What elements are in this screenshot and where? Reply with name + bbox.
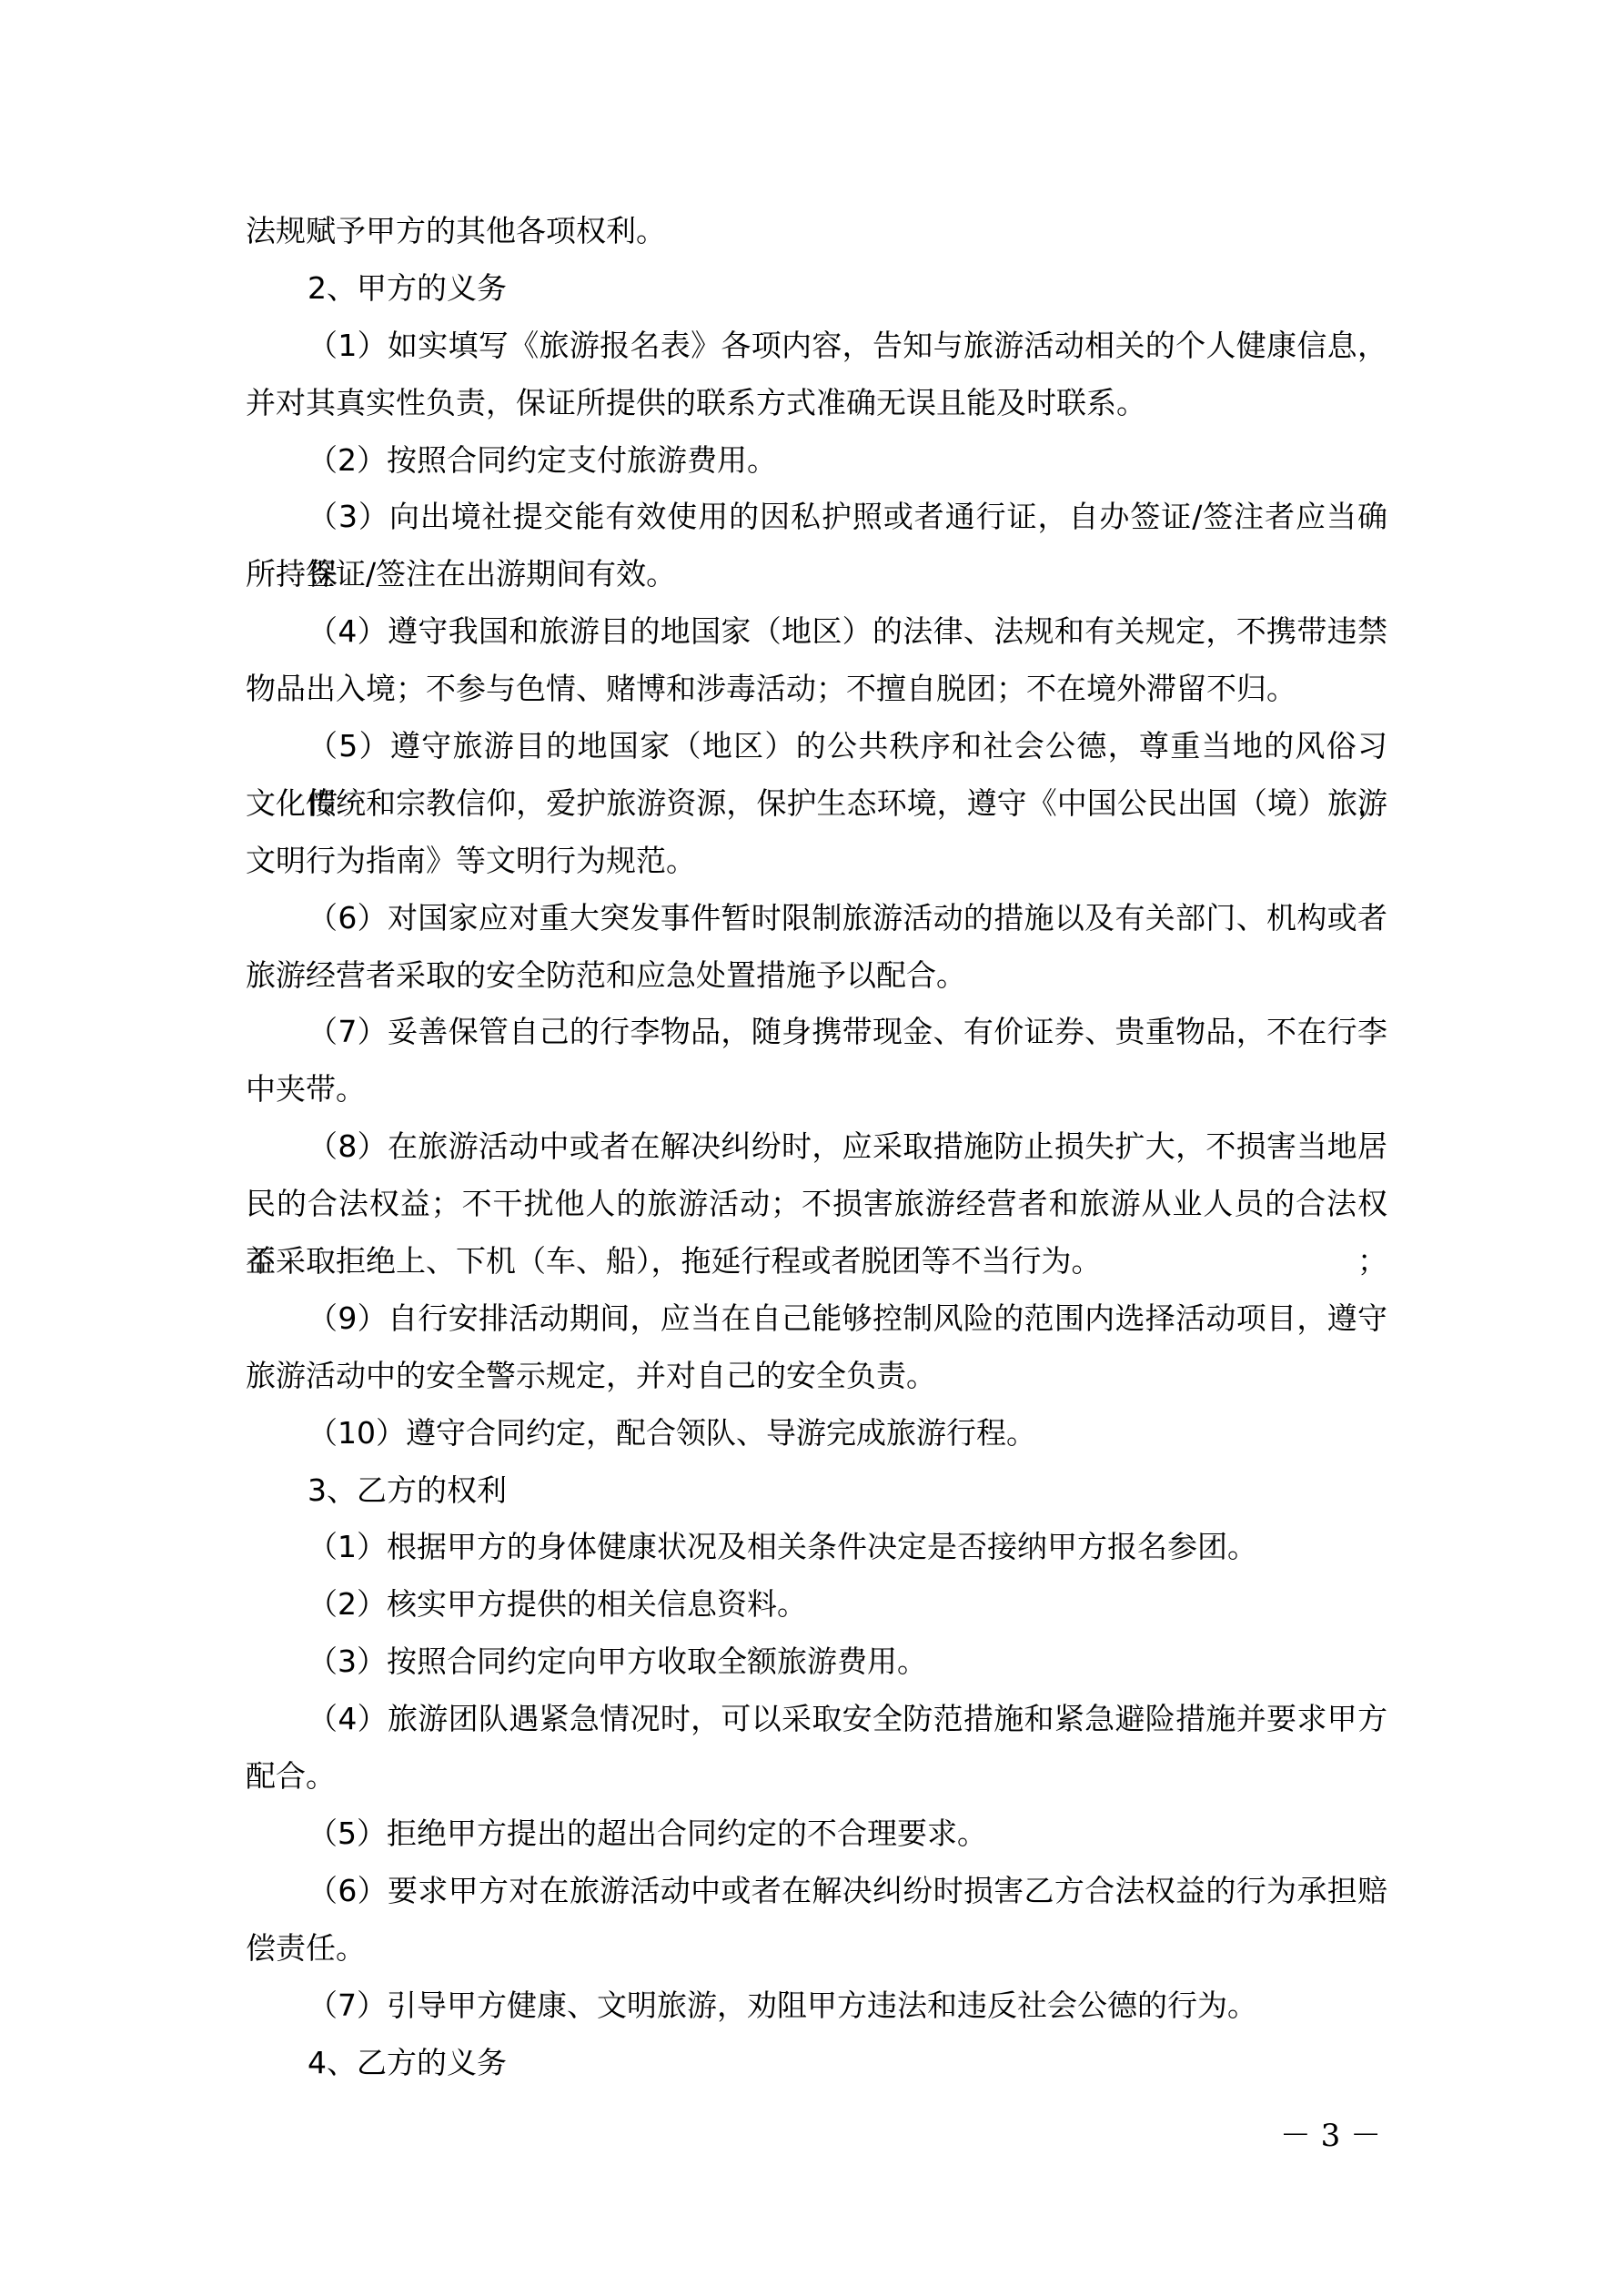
document-page: 法规赋予甲方的其他各项权利。 2、甲方的义务 （1）如实填写《旅游报名表》各项内… xyxy=(0,0,1624,2296)
list-item: （1）如实填写《旅游报名表》各项内容，告知与旅游活动相关的个人健康信息， xyxy=(246,318,1387,375)
list-item: （5）拒绝甲方提出的超出合同约定的不合理要求。 xyxy=(246,1805,1387,1863)
list-item: （9）自行安排活动期间，应当在自己能够控制风险的范围内选择活动项目，遵守 xyxy=(246,1290,1387,1348)
text-line: 并对其真实性负责，保证所提供的联系方式准确无误且能及时联系。 xyxy=(246,375,1387,432)
text-line: 法规赋予甲方的其他各项权利。 xyxy=(246,203,1387,260)
section-heading: 2、甲方的义务 xyxy=(246,260,1387,318)
section-heading: 3、乙方的权利 xyxy=(246,1462,1387,1520)
list-item: （4）旅游团队遇紧急情况时，可以采取安全防范措施和紧急避险措施并要求甲方 xyxy=(246,1691,1387,1748)
text-line: 民的合法权益；不干扰他人的旅游活动；不损害旅游经营者和旅游从业人员的合法权益； xyxy=(246,1176,1387,1233)
text-line: 物品出入境；不参与色情、赌博和涉毒活动；不擅自脱团；不在境外滞留不归。 xyxy=(246,661,1387,718)
list-item: （3）按照合同约定向甲方收取全额旅游费用。 xyxy=(246,1633,1387,1691)
list-item: （7）妥善保管自己的行李物品，随身携带现金、有价证券、贵重物品，不在行李 xyxy=(246,1004,1387,1061)
section-heading: 4、乙方的义务 xyxy=(246,2035,1387,2092)
list-item: （7）引导甲方健康、文明旅游，劝阻甲方违法和违反社会公德的行为。 xyxy=(246,1977,1387,2035)
text-line: 文化传统和宗教信仰，爱护旅游资源，保护生态环境，遵守《中国公民出国（境）旅游 xyxy=(246,775,1387,833)
list-item: （3）向出境社提交能有效使用的因私护照或者通行证，自办签证/签注者应当确保 xyxy=(246,489,1387,546)
list-item: （6）对国家应对重大突发事件暂时限制旅游活动的措施以及有关部门、机构或者 xyxy=(246,890,1387,947)
text-line: 旅游活动中的安全警示规定，并对自己的安全负责。 xyxy=(246,1348,1387,1405)
text-line: 所持签证/签注在出游期间有效。 xyxy=(246,546,1387,603)
page-number: － 3 － xyxy=(1278,2116,1383,2156)
body-text: 法规赋予甲方的其他各项权利。 2、甲方的义务 （1）如实填写《旅游报名表》各项内… xyxy=(246,203,1387,2091)
list-item: （2）核实甲方提供的相关信息资料。 xyxy=(246,1576,1387,1633)
list-item: （2）按照合同约定支付旅游费用。 xyxy=(246,432,1387,490)
text-line: 偿责任。 xyxy=(246,1920,1387,1977)
list-item: （5）遵守旅游目的地国家（地区）的公共秩序和社会公德，尊重当地的风俗习惯， xyxy=(246,718,1387,775)
text-line: 中夹带。 xyxy=(246,1061,1387,1118)
list-item: （8）在旅游活动中或者在解决纠纷时，应采取措施防止损失扩大，不损害当地居 xyxy=(246,1118,1387,1176)
text-line: 旅游经营者采取的安全防范和应急处置措施予以配合。 xyxy=(246,947,1387,1005)
list-item: （10）遵守合同约定，配合领队、导游完成旅游行程。 xyxy=(246,1405,1387,1462)
text-line: 配合。 xyxy=(246,1748,1387,1805)
text-line: 文明行为指南》等文明行为规范。 xyxy=(246,833,1387,890)
list-item: （1）根据甲方的身体健康状况及相关条件决定是否接纳甲方报名参团。 xyxy=(246,1519,1387,1576)
list-item: （6）要求甲方对在旅游活动中或者在解决纠纷时损害乙方合法权益的行为承担赔 xyxy=(246,1863,1387,1920)
list-item: （4）遵守我国和旅游目的地国家（地区）的法律、法规和有关规定，不携带违禁 xyxy=(246,603,1387,661)
